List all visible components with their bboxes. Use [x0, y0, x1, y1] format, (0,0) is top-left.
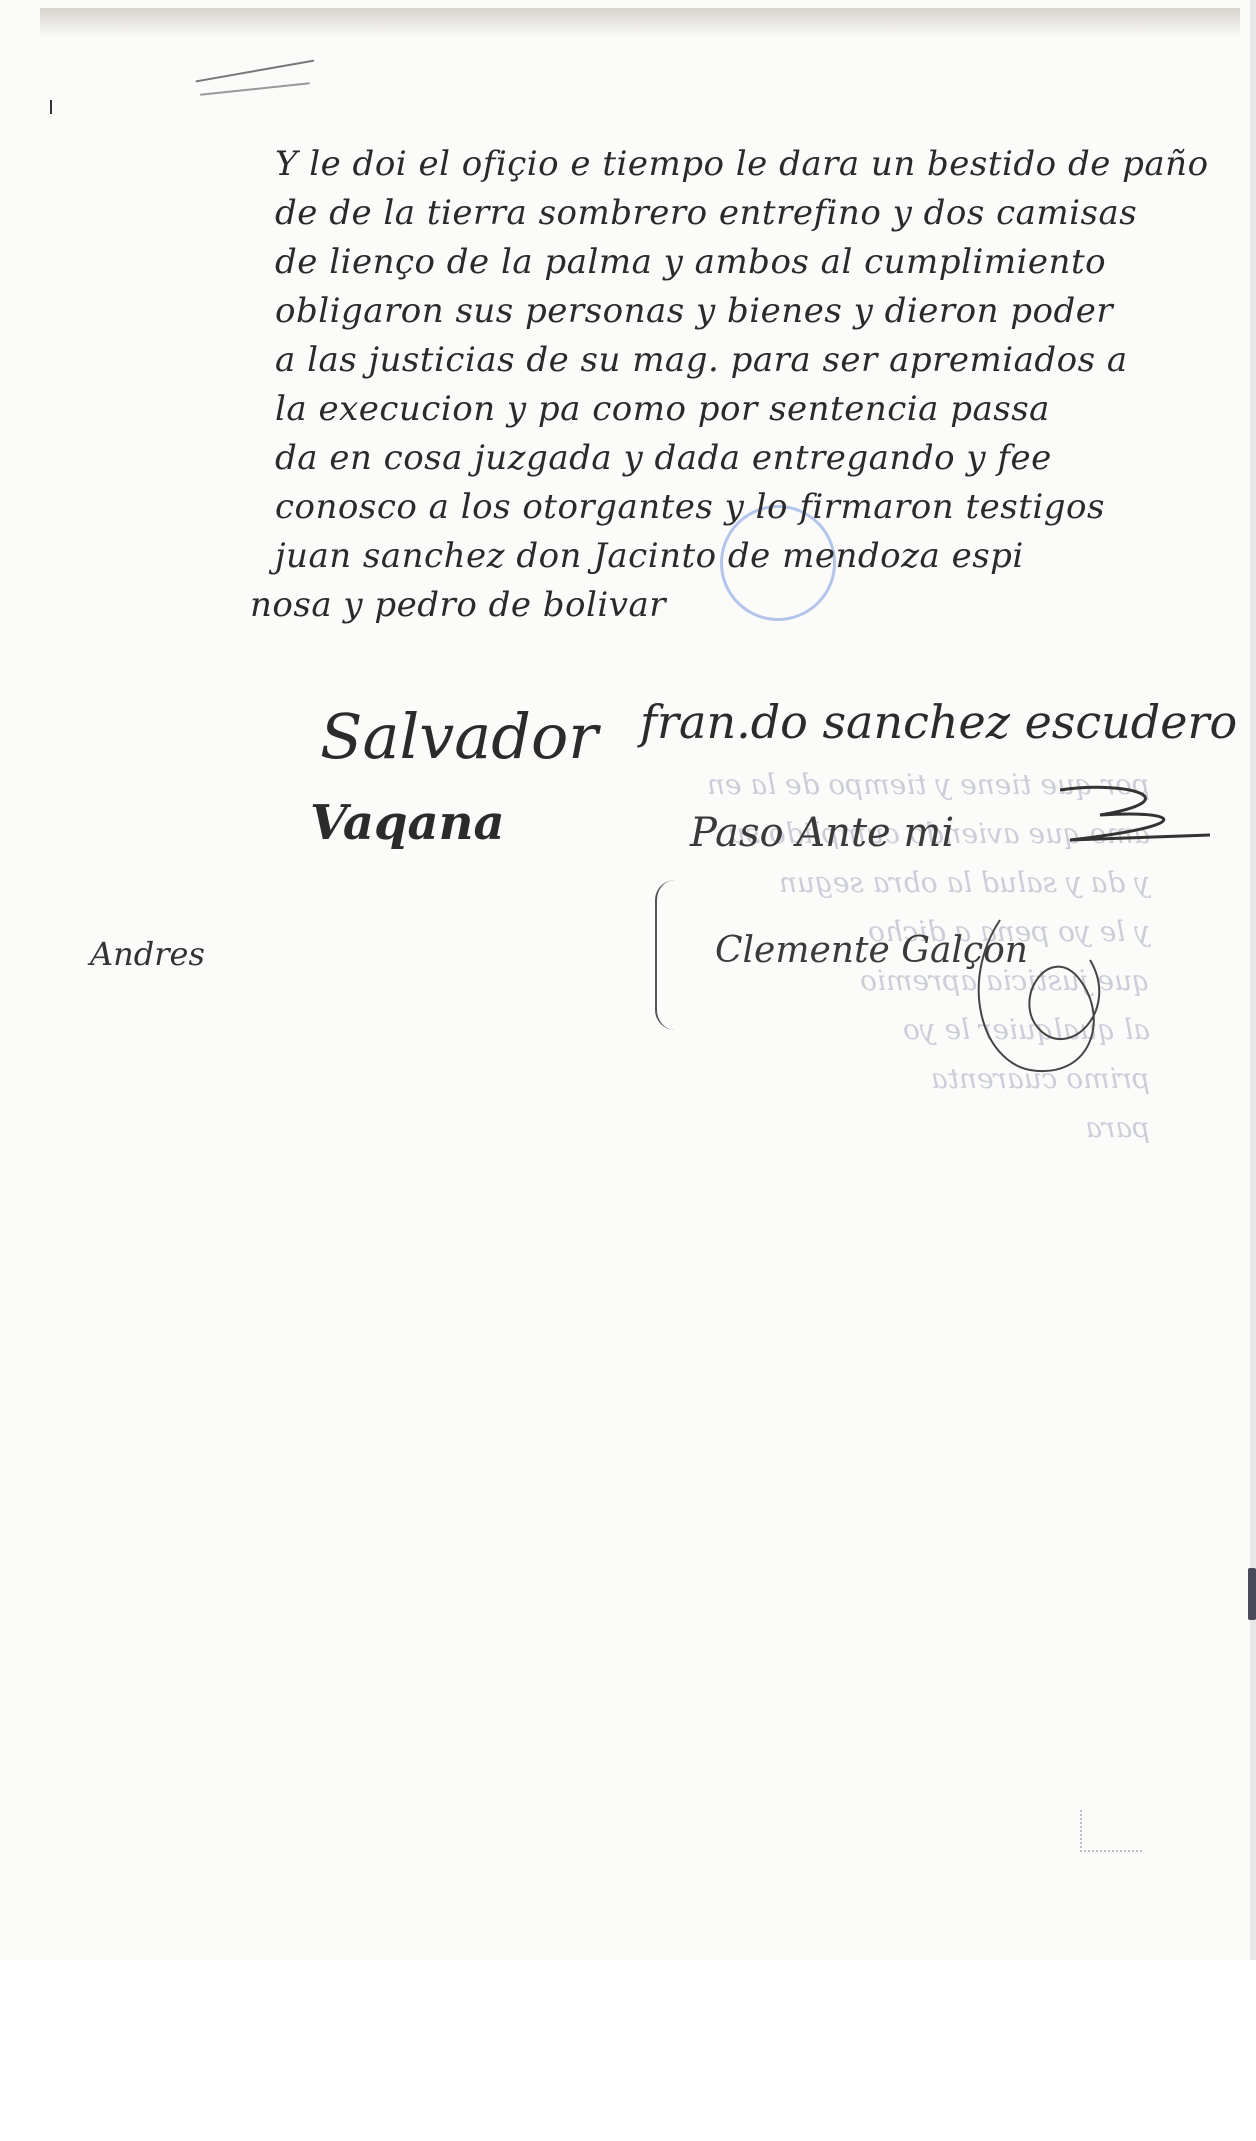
text-line: de de la tierra sombrero entrefino y dos… — [275, 189, 1235, 238]
faded-mark — [1080, 1810, 1142, 1852]
blank-margin — [0, 1960, 1256, 2141]
notary-attestation: Paso Ante mi — [690, 810, 954, 856]
text-line: la execucion y pa como por sentencia pas… — [275, 385, 1235, 434]
signature-vaqana: Vaqana — [310, 795, 505, 851]
binding-tab — [1248, 1568, 1256, 1620]
ink-stroke — [200, 82, 310, 97]
ink-mark — [50, 100, 52, 114]
signature-salvador: Salvador — [320, 700, 598, 773]
bleed-line: para — [250, 1103, 1150, 1152]
signature-francisco-sanchez: fran.do sanchez escudero — [640, 695, 1237, 749]
text-line: nosa y pedro de bolivar — [250, 581, 1235, 630]
ink-stroke — [196, 60, 315, 85]
text-line: conosco a los otorgantes y lo firmaron t… — [275, 483, 1235, 532]
notary-rubric-icon — [940, 900, 1140, 1100]
manuscript-body: Y le doi el ofiçio e tiempo le dara un b… — [275, 140, 1235, 630]
text-line: obligaron sus personas y bienes y dieron… — [275, 287, 1235, 336]
text-line: a las justicias de su mag. para ser apre… — [275, 336, 1235, 385]
text-line: Y le doi el ofiçio e tiempo le dara un b… — [275, 140, 1235, 189]
text-line: da en cosa juzgada y dada entregando y f… — [275, 434, 1235, 483]
text-line: juan sanchez don Jacinto de mendoza espi — [275, 532, 1235, 581]
page-top-edge-shadow — [40, 8, 1240, 38]
rubric-flourish-icon — [1040, 780, 1220, 860]
bracket-mark — [655, 880, 687, 1030]
text-line: de lienço de la palma y ambos al cumplim… — [275, 238, 1235, 287]
margin-note: Andres — [90, 935, 205, 973]
page-right-edge — [1250, 0, 1256, 1960]
manuscript-page: por que tiene y tiempo de la en amo que … — [0, 0, 1256, 1960]
